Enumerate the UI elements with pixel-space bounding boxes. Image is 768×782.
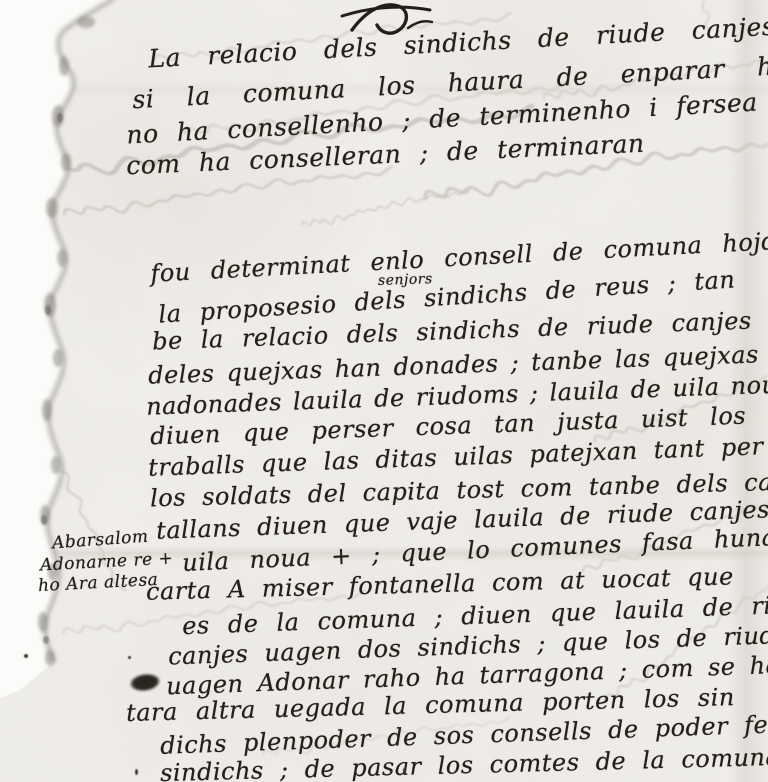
ink-speck xyxy=(128,656,131,659)
ink-blot xyxy=(129,672,161,693)
ink-speck xyxy=(135,769,138,775)
ink-speck xyxy=(403,768,406,772)
manuscript-page: La relacio dels sindichs de riude canjes… xyxy=(0,0,768,782)
ink-speck xyxy=(24,654,28,658)
